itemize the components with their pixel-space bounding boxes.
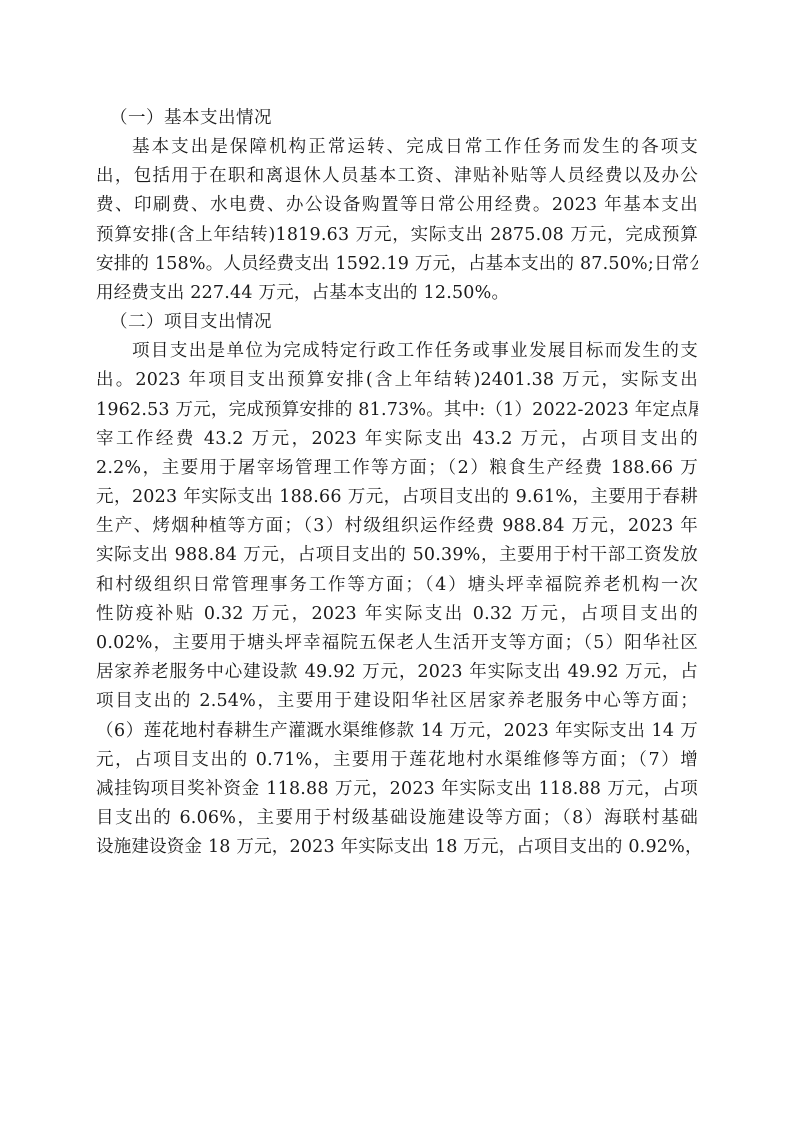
text-line: 生产、烤烟种植等方面；（3）村级组织运作经费 988.84 万元，2023 年	[96, 512, 698, 541]
text-line: 目支出的 6.06%，主要用于村级基础设施建设等方面；（8）海联村基础	[96, 804, 698, 833]
text-line: 实际支出 988.84 万元，占项目支出的 50.39%，主要用于村干部工资发放	[96, 541, 698, 570]
text-line: 项目支出的 2.54%，主要用于建设阳华社区居家养老服务中心等方面；	[96, 687, 698, 716]
text-line: 宰工作经费 43.2 万元，2023 年实际支出 43.2 万元，占项目支出的	[96, 425, 698, 454]
text-line: 安排的 158%。人员经费支出 1592.19 万元，占基本支出的 87.50%…	[96, 250, 698, 279]
text-line: （6）莲花地村春耕生产灌溉水渠维修款 14 万元，2023 年实际支出 14 万	[96, 717, 698, 746]
text-line: 预算安排(含上年结转)1819.63 万元，实际支出 2875.08 万元，完成…	[96, 221, 698, 250]
text-line: 2.2%，主要用于屠宰场管理工作等方面；（2）粮食生产经费 188.66 万	[96, 454, 698, 483]
text-line: 费、印刷费、水电费、办公设备购置等日常公用经费。2023 年基本支出	[96, 191, 698, 220]
text-line: 元，2023 年实际支出 188.66 万元，占项目支出的 9.61%，主要用于…	[96, 483, 698, 512]
text-line: 性防疫补贴 0.32 万元，2023 年实际支出 0.32 万元，占项目支出的	[96, 600, 698, 629]
text-line: 0.02%，主要用于塘头坪幸福院五保老人生活开支等方面；（5）阳华社区	[96, 629, 698, 658]
document-page: （一）基本支出情况 基本支出是保障机构正常运转、完成日常工作任务而发生的各项支 …	[96, 104, 698, 863]
text-line: 居家养老服务中心建设款 49.92 万元，2023 年实际支出 49.92 万元…	[96, 658, 698, 687]
text-line: 设施建设资金 18 万元，2023 年实际支出 18 万元，占项目支出的 0.9…	[96, 833, 698, 862]
paragraph-project-expenditure: 项目支出是单位为完成特定行政工作任务或事业发展目标而发生的支 出。2023 年项…	[96, 337, 698, 862]
text-line: 出。2023 年项目支出预算安排(含上年结转)2401.38 万元，实际支出	[96, 366, 698, 395]
text-line: 项目支出是单位为完成特定行政工作任务或事业发展目标而发生的支	[96, 337, 698, 366]
text-line: 和村级组织日常管理事务工作等方面；（4）塘头坪幸福院养老机构一次	[96, 571, 698, 600]
text-line: 出，包括用于在职和离退休人员基本工资、津贴补贴等人员经费以及办公	[96, 162, 698, 191]
text-line: 用经费支出 227.44 万元，占基本支出的 12.50%。	[96, 279, 698, 308]
text-line: 基本支出是保障机构正常运转、完成日常工作任务而发生的各项支	[96, 133, 698, 162]
paragraph-basic-expenditure: 基本支出是保障机构正常运转、完成日常工作任务而发生的各项支 出，包括用于在职和离…	[96, 133, 698, 308]
text-line: 1962.53 万元，完成预算安排的 81.73%。其中:（1）2022-202…	[96, 396, 698, 425]
section-heading-project-expenditure: （二）项目支出情况	[96, 308, 698, 337]
section-heading-basic-expenditure: （一）基本支出情况	[96, 104, 698, 133]
text-line: 元，占项目支出的 0.71%，主要用于莲花地村水渠维修等方面；（7）增	[96, 746, 698, 775]
text-line: 减挂钩项目奖补资金 118.88 万元，2023 年实际支出 118.88 万元…	[96, 775, 698, 804]
